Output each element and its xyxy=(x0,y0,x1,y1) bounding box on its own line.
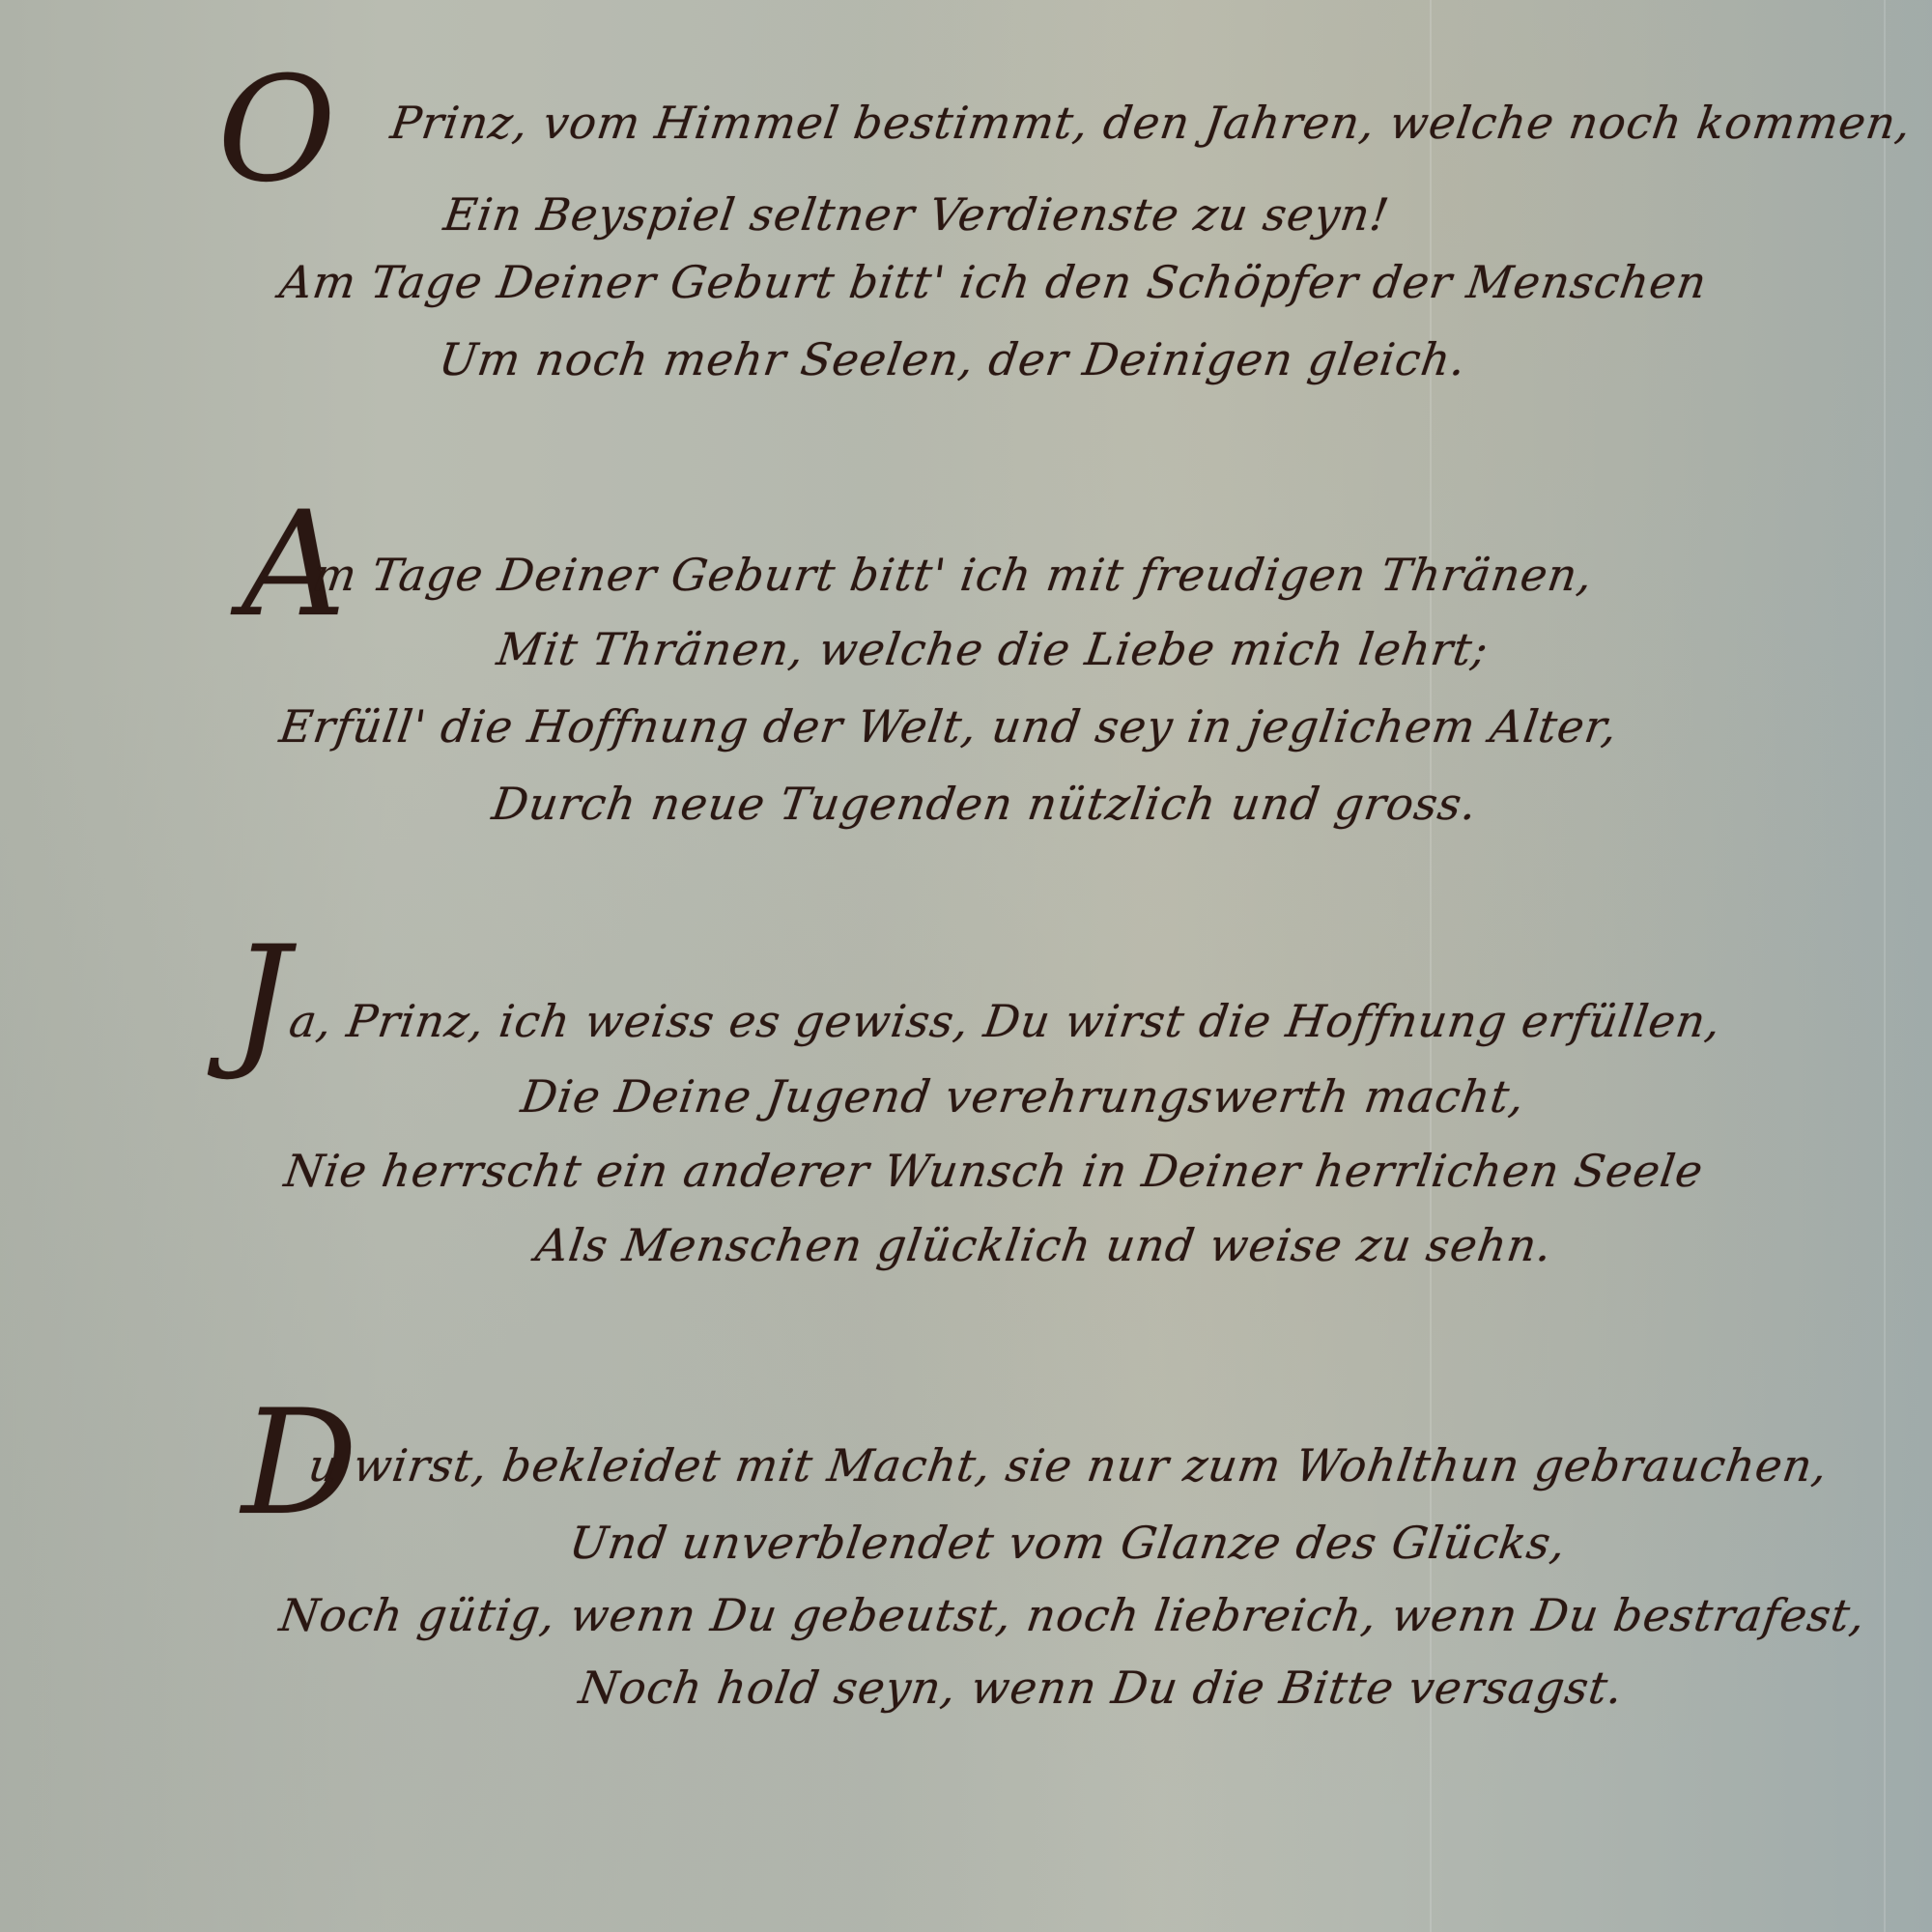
stanza-2-line-4: Durch neue Tugenden nützlich und gross. xyxy=(489,778,1481,830)
stanza-1-line-1: Prinz, vom Himmel bestimmt, den Jahren, … xyxy=(387,97,1915,149)
paper-edge-line xyxy=(1884,0,1886,1932)
stanza-3-line-1: a, Prinz, ich weiss es gewiss, Du wirst … xyxy=(286,995,1724,1047)
manuscript-page: O Prinz, vom Himmel bestimmt, den Jahren… xyxy=(0,0,1932,1932)
stanza-2-line-3: Erfüll' die Hoffnung der Welt, und sey i… xyxy=(276,700,1621,753)
stanza-1-line-4: Um noch mehr Seelen, der Deinigen gleich… xyxy=(436,333,1469,385)
stanza-3-line-2: Die Deine Jugend verehrungswerth macht, xyxy=(518,1070,1528,1122)
stanza-1-line-2: Ein Beyspiel seltner Verdienste zu seyn! xyxy=(440,188,1393,241)
stanza-2-line-2: Mit Thränen, welche die Liebe mich lehrt… xyxy=(494,623,1492,675)
stanza-3-line-4: Als Menschen glücklich und weise zu sehn… xyxy=(532,1219,1555,1271)
stanza-1-initial: O xyxy=(217,58,336,203)
stanza-2-line-1: m Tage Deiner Geburt bitt' ich mit freud… xyxy=(310,549,1596,601)
stanza-1-line-3: Am Tage Deiner Geburt bitt' ich den Schö… xyxy=(276,256,1710,308)
stanza-3-line-3: Nie herrscht ein anderer Wunsch in Deine… xyxy=(281,1145,1707,1197)
stanza-3-initial: J xyxy=(232,927,290,1072)
stanza-4-line-1: u wirst, bekleidet mit Macht, sie nur zu… xyxy=(305,1439,1832,1492)
stanza-4-line-3: Noch gütig, wenn Du gebeutst, noch liebr… xyxy=(276,1589,1869,1641)
stanza-4-line-4: Noch hold seyn, wenn Du die Bitte versag… xyxy=(576,1662,1627,1714)
stanza-4-line-2: Und unverblendet vom Glanze des Glücks, xyxy=(566,1517,1570,1569)
